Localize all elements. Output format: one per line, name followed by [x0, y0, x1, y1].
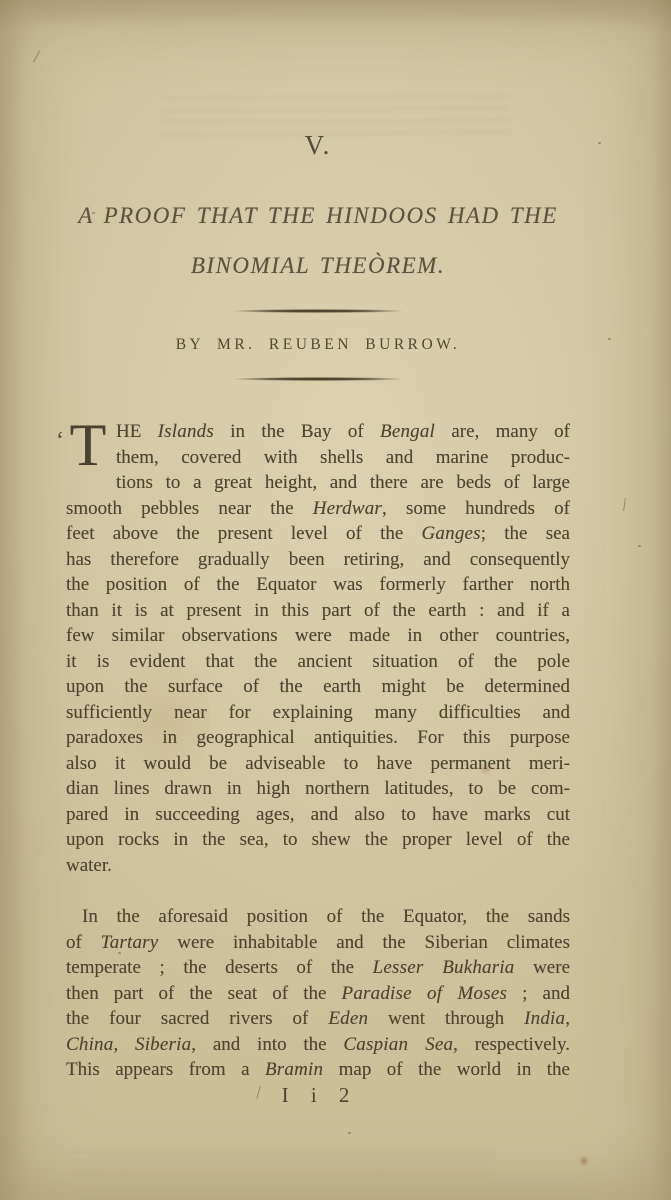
roman-text: than it is at present in this part of th…: [66, 600, 570, 621]
showthrough-smudge: [70, 1150, 490, 1176]
signature-mark: I i 2: [66, 1083, 570, 1108]
text-line: temperate ; the deserts of the Lesser Bu…: [66, 955, 570, 981]
section-number: V.: [66, 130, 570, 161]
roman-text: went through: [368, 1008, 524, 1029]
italic-text: Bengal: [380, 421, 435, 442]
text-line: pared in succeeding ages, and also to ha…: [66, 802, 570, 828]
text-line: HE Islands in the Bay of Bengal are, man…: [66, 419, 570, 445]
roman-text: were: [515, 957, 571, 978]
scan-artifact: [623, 498, 626, 511]
divider-rule-bottom: [229, 377, 407, 381]
drop-cap: T‘: [66, 421, 110, 471]
roman-text: ,: [113, 1034, 135, 1055]
roman-text: has therefore gradually been retiring, a…: [66, 549, 570, 570]
roman-text: of: [66, 932, 101, 953]
roman-text: In the aforesaid position of the Equator…: [82, 906, 570, 927]
roman-text: feet above the present level of the: [66, 523, 422, 544]
roman-text: temperate ; the deserts of the: [66, 957, 373, 978]
roman-text: ,: [565, 1008, 570, 1029]
roman-text: the position of the Equator was formerly…: [66, 574, 570, 595]
paragraph: In the aforesaid position of the Equator…: [66, 904, 570, 1083]
roman-text: , respectively.: [453, 1034, 570, 1055]
text-line: upon rocks in the sea, to shew the prope…: [66, 827, 570, 853]
paper-speck: [608, 338, 611, 340]
roman-text: paradoxes in geographical antiquities. F…: [66, 727, 570, 748]
text-line: This appears from a Bramin map of the wo…: [66, 1057, 570, 1083]
italic-text: Siberia: [135, 1034, 191, 1055]
italic-text: Tartary: [101, 932, 159, 953]
roman-text: the four sacred rivers of: [66, 1008, 328, 1029]
roman-text: sufficiently near for explaining many di…: [66, 702, 570, 723]
roman-text: in the Bay of: [214, 421, 380, 442]
text-line: paradoxes in geographical antiquities. F…: [66, 725, 570, 751]
paper-title-line-2: BINOMIAL THEÒREM.: [56, 253, 580, 279]
roman-text: smooth pebbles near the: [66, 498, 313, 519]
text-line: than it is at present in this part of th…: [66, 598, 570, 624]
text-line: feet above the present level of the Gang…: [66, 521, 570, 547]
divider-rule-top: [229, 309, 407, 313]
italic-text: Caspian Sea: [343, 1034, 453, 1055]
roman-text: ; the sea: [481, 523, 570, 544]
roman-text: water.: [66, 855, 112, 876]
roman-text: map of the world in the: [323, 1059, 570, 1080]
paper-speck: [598, 142, 601, 144]
roman-text: , and into the: [191, 1034, 343, 1055]
paper-speck: [638, 545, 641, 547]
text-line: dian lines drawn in high northern latitu…: [66, 776, 570, 802]
roman-text: it is evident that the ancient situation…: [66, 651, 570, 672]
roman-text: pared in succeeding ages, and also to ha…: [66, 804, 570, 825]
paper-speck: [348, 1132, 351, 1134]
paper-stain: [578, 1156, 590, 1166]
roman-text: few similar observations were made in ot…: [66, 625, 570, 646]
text-line: of Tartary were inhabitable and the Sibe…: [66, 930, 570, 956]
text-line: smooth pebbles near the Herdwar, some hu…: [66, 496, 570, 522]
text-line: the position of the Equator was formerly…: [66, 572, 570, 598]
text-line: upon the surface of the earth might be d…: [66, 674, 570, 700]
roman-text: dian lines drawn in high northern latitu…: [66, 778, 570, 799]
paragraph: T‘HE Islands in the Bay of Bengal are, m…: [66, 419, 570, 878]
italic-text: China: [66, 1034, 113, 1055]
text-line: tions to a great height, and there are b…: [66, 470, 570, 496]
italic-text: Herdwar: [313, 498, 382, 519]
roman-text: them, covered with shells and marine pro…: [116, 447, 570, 468]
italic-text: Bramin: [265, 1059, 323, 1080]
italic-text: Eden: [328, 1008, 368, 1029]
paper-title-line-1: A PROOF THAT THE HINDOOS HAD THE: [56, 203, 580, 229]
roman-text: HE: [116, 421, 158, 442]
italic-text: Islands: [158, 421, 214, 442]
roman-text: were inhabitable and the Siberian climat…: [158, 932, 570, 953]
text-line: the four sacred rivers of Eden went thro…: [66, 1006, 570, 1032]
text-line: them, covered with shells and marine pro…: [66, 445, 570, 471]
roman-text: are, many of: [435, 421, 570, 442]
scan-artifact: [33, 51, 40, 63]
roman-text: then part of the seat of the: [66, 983, 342, 1004]
text-line: then part of the seat of the Paradise of…: [66, 981, 570, 1007]
italic-text: Ganges: [422, 523, 481, 544]
text-line: China, Siberia, and into the Caspian Sea…: [66, 1032, 570, 1058]
roman-text: tions to a great height, and there are b…: [116, 472, 570, 493]
byline: BY MR. REUBEN BURROW.: [66, 336, 570, 354]
scanned-page: V. A PROOF THAT THE HINDOOS HAD THE BINO…: [0, 0, 671, 1200]
body-text: T‘HE Islands in the Bay of Bengal are, m…: [66, 419, 570, 1083]
roman-text: also it would be adviseable to have perm…: [66, 753, 570, 774]
text-line: few similar observations were made in ot…: [66, 623, 570, 649]
text-line: In the aforesaid position of the Equator…: [66, 904, 570, 930]
text-line: it is evident that the ancient situation…: [66, 649, 570, 675]
roman-text: This appears from a: [66, 1059, 265, 1080]
text-line: has therefore gradually been retiring, a…: [66, 547, 570, 573]
text-line: water.: [66, 853, 570, 879]
text-line: also it would be adviseable to have perm…: [66, 751, 570, 777]
drop-cap-flourish: ‘: [56, 417, 64, 465]
roman-text: ; and: [507, 983, 570, 1004]
roman-text: upon rocks in the sea, to shew the prope…: [66, 829, 570, 850]
italic-text: Lesser Bukharia: [373, 957, 515, 978]
roman-text: upon the surface of the earth might be d…: [66, 676, 570, 697]
roman-text: , some hundreds of: [382, 498, 570, 519]
italic-text: Paradise of Moses: [342, 983, 508, 1004]
text-line: sufficiently near for explaining many di…: [66, 700, 570, 726]
italic-text: India: [524, 1008, 565, 1029]
